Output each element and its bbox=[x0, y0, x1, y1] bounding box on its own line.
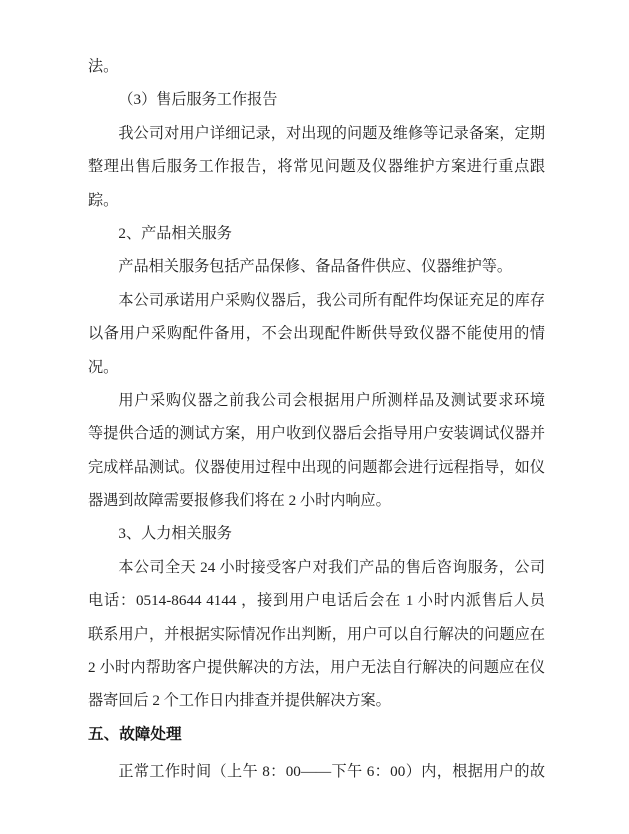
item-2-product-services-title: 2、产品相关服务 bbox=[88, 217, 545, 250]
body-text-line: 等提供合适的测试方案，用户收到仪器后会指导用户安装调试仪器并 bbox=[88, 417, 545, 450]
body-text-line: 2 小时内帮助客户提供解决的方法，用户无法自行解决的问题应在仪 bbox=[88, 651, 545, 684]
body-text-line: 产品相关服务包括产品保修、备品备件供应、仪器维护等。 bbox=[88, 250, 545, 283]
body-text-line: 本公司承诺用户采购仪器后，我公司所有配件均保证充足的库存 bbox=[88, 284, 545, 317]
continued-paragraph-line: 法。 bbox=[88, 50, 545, 83]
section-5-fault-handling-heading: 五、故障处理 bbox=[88, 718, 545, 751]
body-text-line: 整理出售后服务工作报告，将常见问题及仪器维护方案进行重点跟 bbox=[88, 150, 545, 183]
document-page: 法。 （3）售后服务工作报告 我公司对用户详细记录，对出现的问题及维修等记录备案… bbox=[0, 0, 629, 834]
body-text-line: 本公司全天 24 小时接受客户对我们产品的售后咨询服务，公司 bbox=[88, 551, 545, 584]
body-text-line: 用户采购仪器之前我公司会根据用户所测样品及测试要求环境 bbox=[88, 384, 545, 417]
body-text-line: 踪。 bbox=[88, 184, 545, 217]
body-text-line: 以备用户采购配件备用，不会出现配件断供导致仪器不能使用的情 bbox=[88, 317, 545, 350]
body-text-line: 我公司对用户详细记录，对出现的问题及维修等记录备案，定期 bbox=[88, 117, 545, 150]
body-text-line: 电话：0514-8644 4144 ，接到用户电话后会在 1 小时内派售后人员 bbox=[88, 584, 545, 617]
body-text-line: 完成样品测试。仪器使用过程中出现的问题都会进行远程指导，如仪 bbox=[88, 451, 545, 484]
body-text-line: 器寄回后 2 个工作日内排查并提供解决方案。 bbox=[88, 684, 545, 717]
item-3-human-services-title: 3、人力相关服务 bbox=[88, 517, 545, 550]
body-text-line: 况。 bbox=[88, 351, 545, 384]
subsection-3-title: （3）售后服务工作报告 bbox=[88, 83, 545, 116]
body-text-line: 器遇到故障需要报修我们将在 2 小时内响应。 bbox=[88, 484, 545, 517]
document-text-block: 法。 （3）售后服务工作报告 我公司对用户详细记录，对出现的问题及维修等记录备案… bbox=[88, 50, 545, 789]
body-text-line: 联系用户，并根据实际情况作出判断，用户可以自行解决的问题应在 bbox=[88, 618, 545, 651]
body-text-line: 正常工作时间（上午 8：00——下午 6：00）内，根据用户的故 bbox=[88, 755, 545, 788]
